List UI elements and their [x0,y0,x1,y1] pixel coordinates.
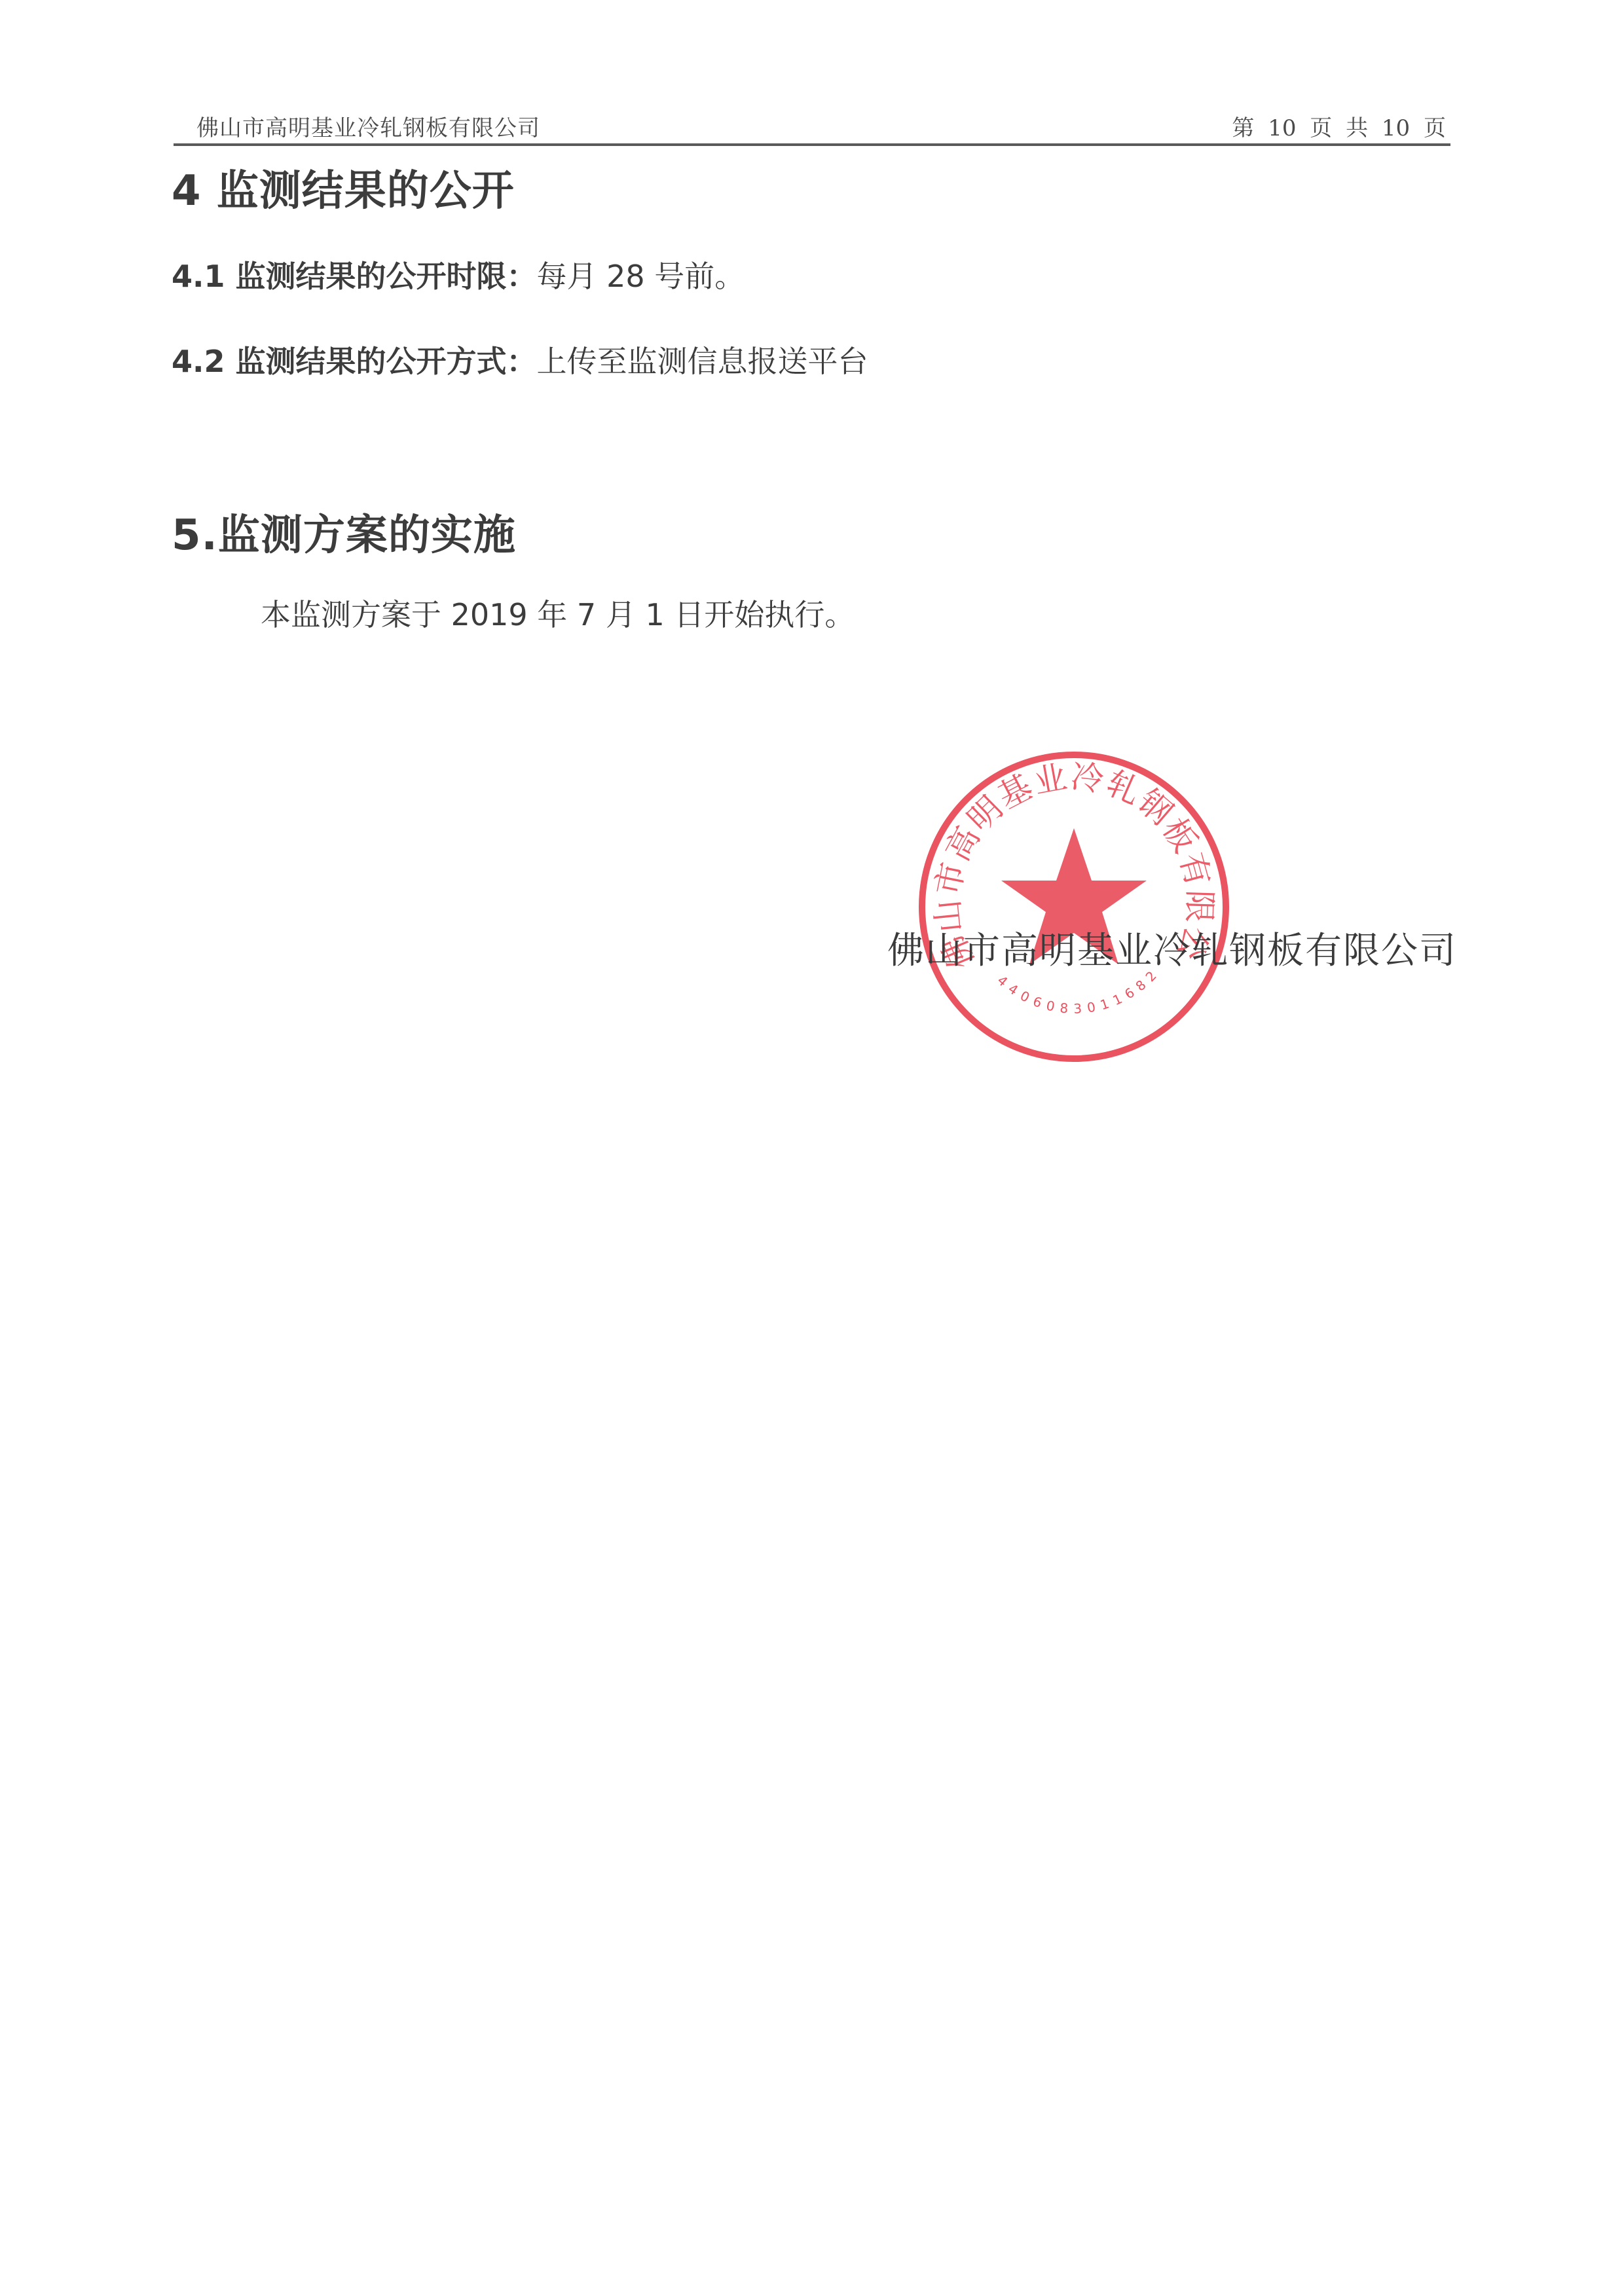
section-4-1: 4.1 监测结果的公开时限：每月 28 号前。 [172,253,745,296]
signature-company: 佛山市高明基业冷轧钢板有限公司 [887,922,1457,974]
company-seal-icon: 佛山市高明基业冷轧钢板有限公司 4406083011682 [913,746,1234,1067]
header-divider [174,143,1450,146]
section-4-2-label: 4.2 监测结果的公开方式： [172,344,537,379]
section-4-1-value: 每月 28 号前。 [537,259,745,294]
page-indicator: 第 10 页 共 10 页 [1232,110,1446,142]
section-5-paragraph: 本监测方案于 2019 年 7 月 1 日开始执行。 [261,591,855,634]
section-4-2: 4.2 监测结果的公开方式：上传至监测信息报送平台 [172,338,868,381]
section-4-title: 4 监测结果的公开 [172,157,515,217]
header-company: 佛山市高明基业冷轧钢板有限公司 [196,110,540,142]
section-4-2-value: 上传至监测信息报送平台 [537,344,868,379]
section-5-title: 5.监测方案的实施 [172,501,516,562]
section-4-1-label: 4.1 监测结果的公开时限： [172,259,537,294]
